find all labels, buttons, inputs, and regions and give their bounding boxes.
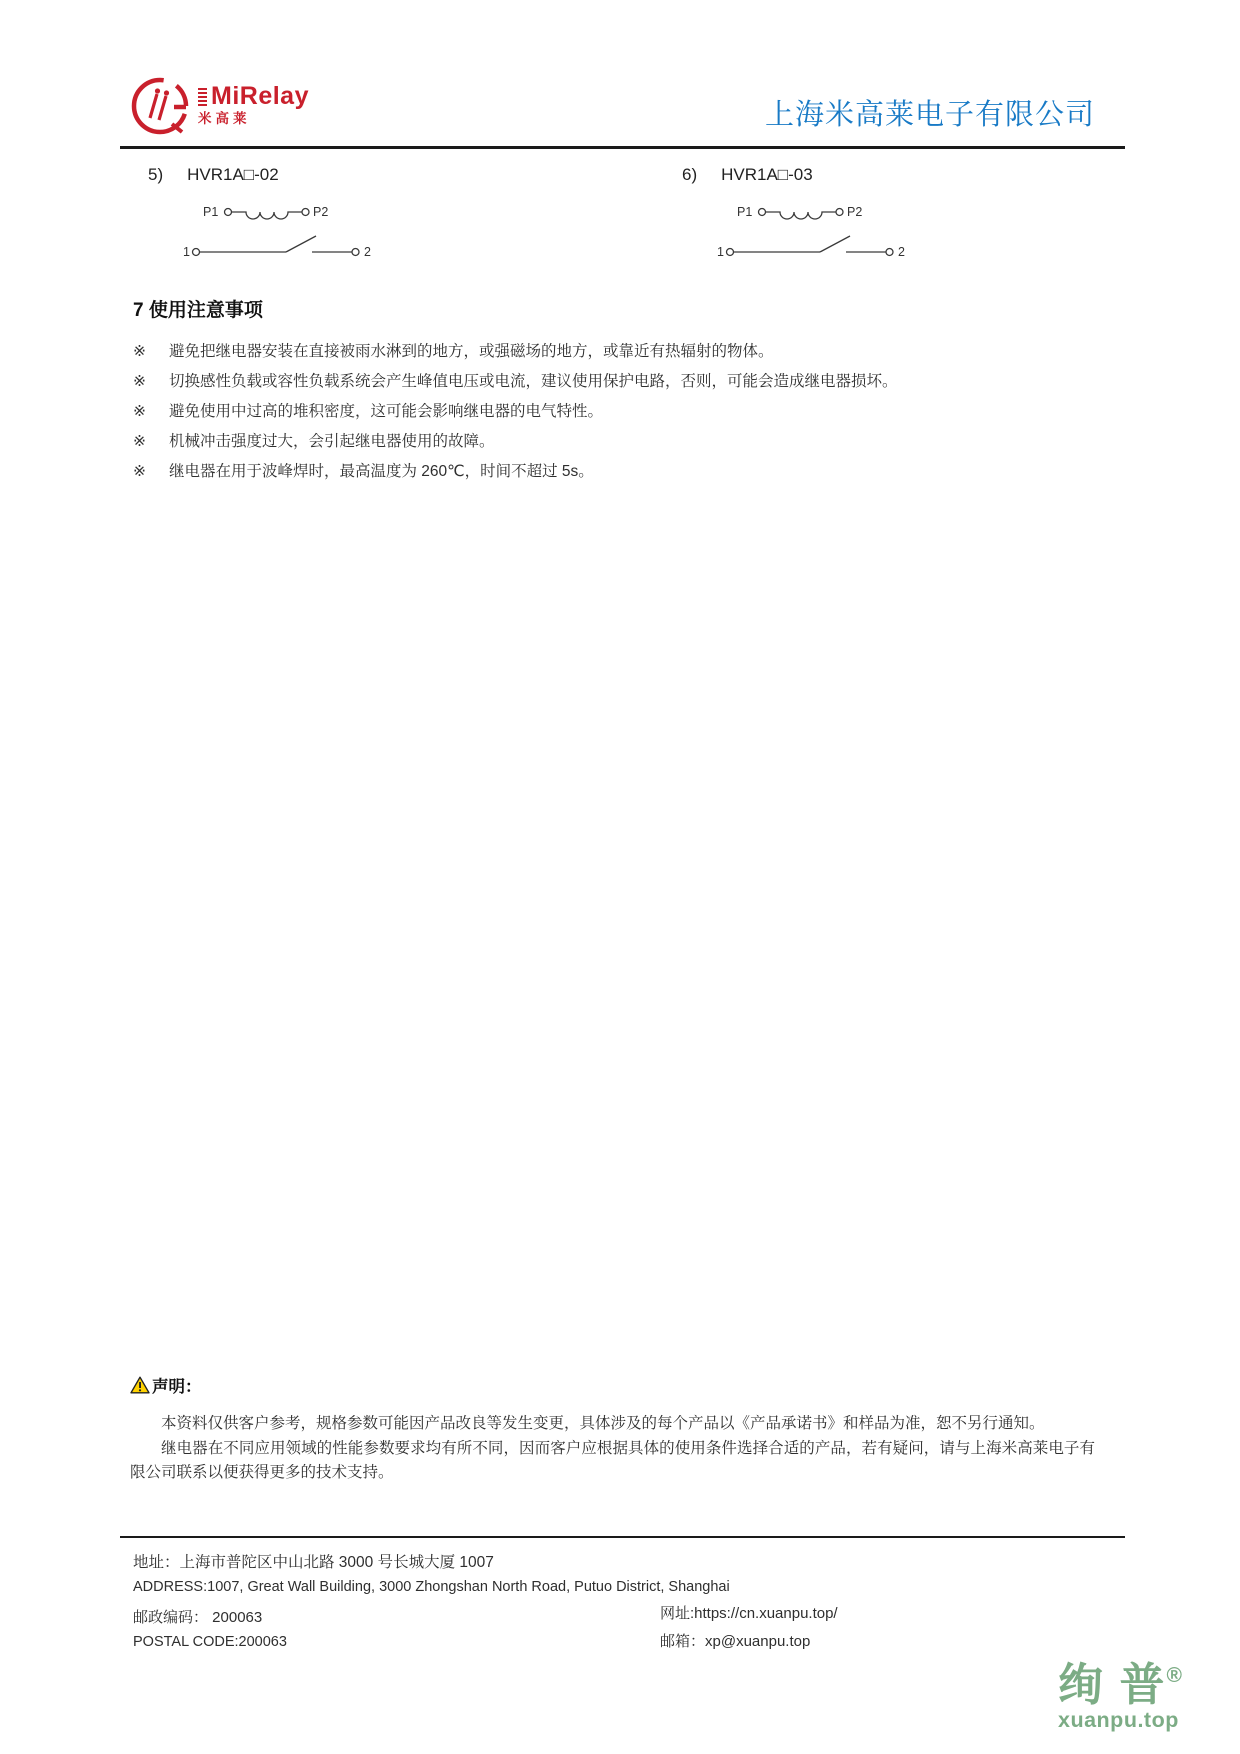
footer-website: 网址:https://cn.xuanpu.top/ — [660, 1602, 838, 1623]
list-item: ※ 机械冲击强度过大，会引起继电器使用的故障。 — [133, 427, 1123, 457]
contact-terminal-2 — [886, 249, 893, 256]
diagram-model: HVR1A□-02 — [187, 164, 279, 186]
coil-terminal-p2 — [836, 209, 843, 216]
declaration-title: 声明： — [152, 1373, 202, 1397]
bullet-marker: ※ — [133, 457, 169, 487]
declaration-paragraph: 本资料仅供客户参考，规格参数可能因产品改良等发生变更，具体涉及的每个产品以《产品… — [130, 1412, 1095, 1437]
declaration-paragraph: 继电器在不同应用领域的性能参数要求均有所不同，因而客户应根据具体的使用条件选择合… — [130, 1437, 1095, 1486]
contact-terminal-2 — [352, 249, 359, 256]
diagram-label: 5) HVR1A□-02 — [148, 164, 396, 186]
list-item-text: 切换感性负载或容性负载系统会产生峰值电压或电流，建议使用保护电路，否则，可能会造… — [169, 367, 898, 397]
logo-pin-right — [159, 96, 166, 120]
coil-terminal-p2-label: P2 — [847, 205, 862, 219]
list-item-text: 继电器在用于波峰焊时，最高温度为 260℃，时间不超过 5s。 — [169, 457, 594, 487]
relay-schematic: P1 P2 1 2 — [710, 196, 930, 268]
datasheet-page: MiRelay 米高莱 上海米高莱电子有限公司 5) HVR1A□-02 P1 … — [0, 0, 1240, 1754]
diagram-label: 6) HVR1A□-03 — [682, 164, 930, 186]
declaration-title-row: 声明： — [130, 1374, 1095, 1396]
contact-blade — [820, 236, 850, 252]
header-divider — [120, 146, 1125, 149]
coil-terminal-p1 — [759, 209, 766, 216]
coil-terminal-p1 — [225, 209, 232, 216]
coil-winding — [766, 212, 837, 219]
contact-terminal-1-label: 1 — [717, 245, 724, 259]
circuit-diagram-hvr1a-03: 6) HVR1A□-03 P1 P2 1 2 — [682, 164, 930, 268]
logo-pin-right-dot — [164, 90, 169, 95]
logo-stripes-icon — [198, 88, 207, 106]
footer-email: 邮箱：xp@xuanpu.top — [660, 1630, 810, 1651]
relay-schematic: P1 P2 1 2 — [176, 196, 396, 268]
diagram-index: 5) — [148, 164, 163, 186]
mirelay-logo-icon — [128, 74, 192, 143]
footer-address-en: ADDRESS:1007, Great Wall Building, 3000 … — [133, 1579, 730, 1595]
list-item: ※ 避免把继电器安装在直接被雨水淋到的地方，或强磁场的地方，或靠近有热辐射的物体… — [133, 337, 1123, 367]
contact-terminal-2-label: 2 — [364, 245, 371, 259]
watermark-name-text: 绚 普 — [1058, 1659, 1167, 1710]
declaration-body: 本资料仅供客户参考，规格参数可能因产品改良等发生变更，具体涉及的每个产品以《产品… — [130, 1412, 1095, 1486]
footer-divider — [120, 1536, 1125, 1538]
bullet-marker: ※ — [133, 427, 169, 457]
contact-terminal-1 — [193, 249, 200, 256]
diagram-index: 6) — [682, 164, 697, 186]
bullet-marker: ※ — [133, 397, 169, 427]
precautions-list: ※ 避免把继电器安装在直接被雨水淋到的地方，或强磁场的地方，或靠近有热辐射的物体… — [133, 337, 1123, 487]
brand-name-cn: 米高莱 — [198, 112, 309, 126]
contact-blade — [286, 236, 316, 252]
list-item-text: 避免使用中过高的堆积密度，这可能会影响继电器的电气特性。 — [169, 397, 603, 427]
logo-pin-left — [150, 94, 157, 118]
section-heading-precautions: 7 使用注意事项 — [133, 295, 263, 322]
watermark-name: 绚 普® — [1058, 1662, 1182, 1707]
contact-terminal-1-label: 1 — [183, 245, 190, 259]
logo-pin-left-dot — [155, 88, 160, 93]
diagram-model: HVR1A□-03 — [721, 164, 813, 186]
contact-terminal-2-label: 2 — [898, 245, 905, 259]
list-item: ※ 避免使用中过高的堆积密度，这可能会影响继电器的电气特性。 — [133, 397, 1123, 427]
list-item-text: 机械冲击强度过大，会引起继电器使用的故障。 — [169, 427, 495, 457]
coil-winding — [232, 212, 303, 219]
bullet-marker: ※ — [133, 367, 169, 397]
registered-mark: ® — [1167, 1664, 1182, 1687]
list-item: ※ 切换感性负载或容性负载系统会产生峰值电压或电流，建议使用保护电路，否则，可能… — [133, 367, 1123, 397]
watermark-domain: xuanpu.top — [1058, 1710, 1182, 1732]
bullet-marker: ※ — [133, 337, 169, 367]
coil-terminal-p2 — [302, 209, 309, 216]
xuanpu-watermark: 绚 普® xuanpu.top — [1058, 1662, 1182, 1732]
mirelay-logo-text: MiRelay 米高莱 — [198, 84, 309, 126]
coil-terminal-p1-label: P1 — [737, 205, 752, 219]
declaration-section: 声明： 本资料仅供客户参考，规格参数可能因产品改良等发生变更，具体涉及的每个产品… — [130, 1374, 1095, 1486]
list-item: ※ 继电器在用于波峰焊时，最高温度为 260℃，时间不超过 5s。 — [133, 457, 1123, 487]
list-item-text: 避免把继电器安装在直接被雨水淋到的地方，或强磁场的地方，或靠近有热辐射的物体。 — [169, 337, 774, 367]
footer-postal-code-cn: 邮政编码： 200063 — [133, 1606, 262, 1627]
coil-terminal-p1-label: P1 — [203, 205, 218, 219]
coil-terminal-p2-label: P2 — [313, 205, 328, 219]
company-name: 上海米高莱电子有限公司 — [560, 92, 1095, 133]
footer-postal-code-en: POSTAL CODE:200063 — [133, 1634, 287, 1650]
footer-address-cn: 地址：上海市普陀区中山北路 3000 号长城大厦 1007 — [133, 1550, 494, 1572]
contact-terminal-1 — [727, 249, 734, 256]
warning-triangle-icon — [130, 1376, 150, 1394]
brand-name-en: MiRelay — [211, 84, 309, 109]
circuit-diagram-hvr1a-02: 5) HVR1A□-02 P1 P2 1 2 — [148, 164, 396, 268]
